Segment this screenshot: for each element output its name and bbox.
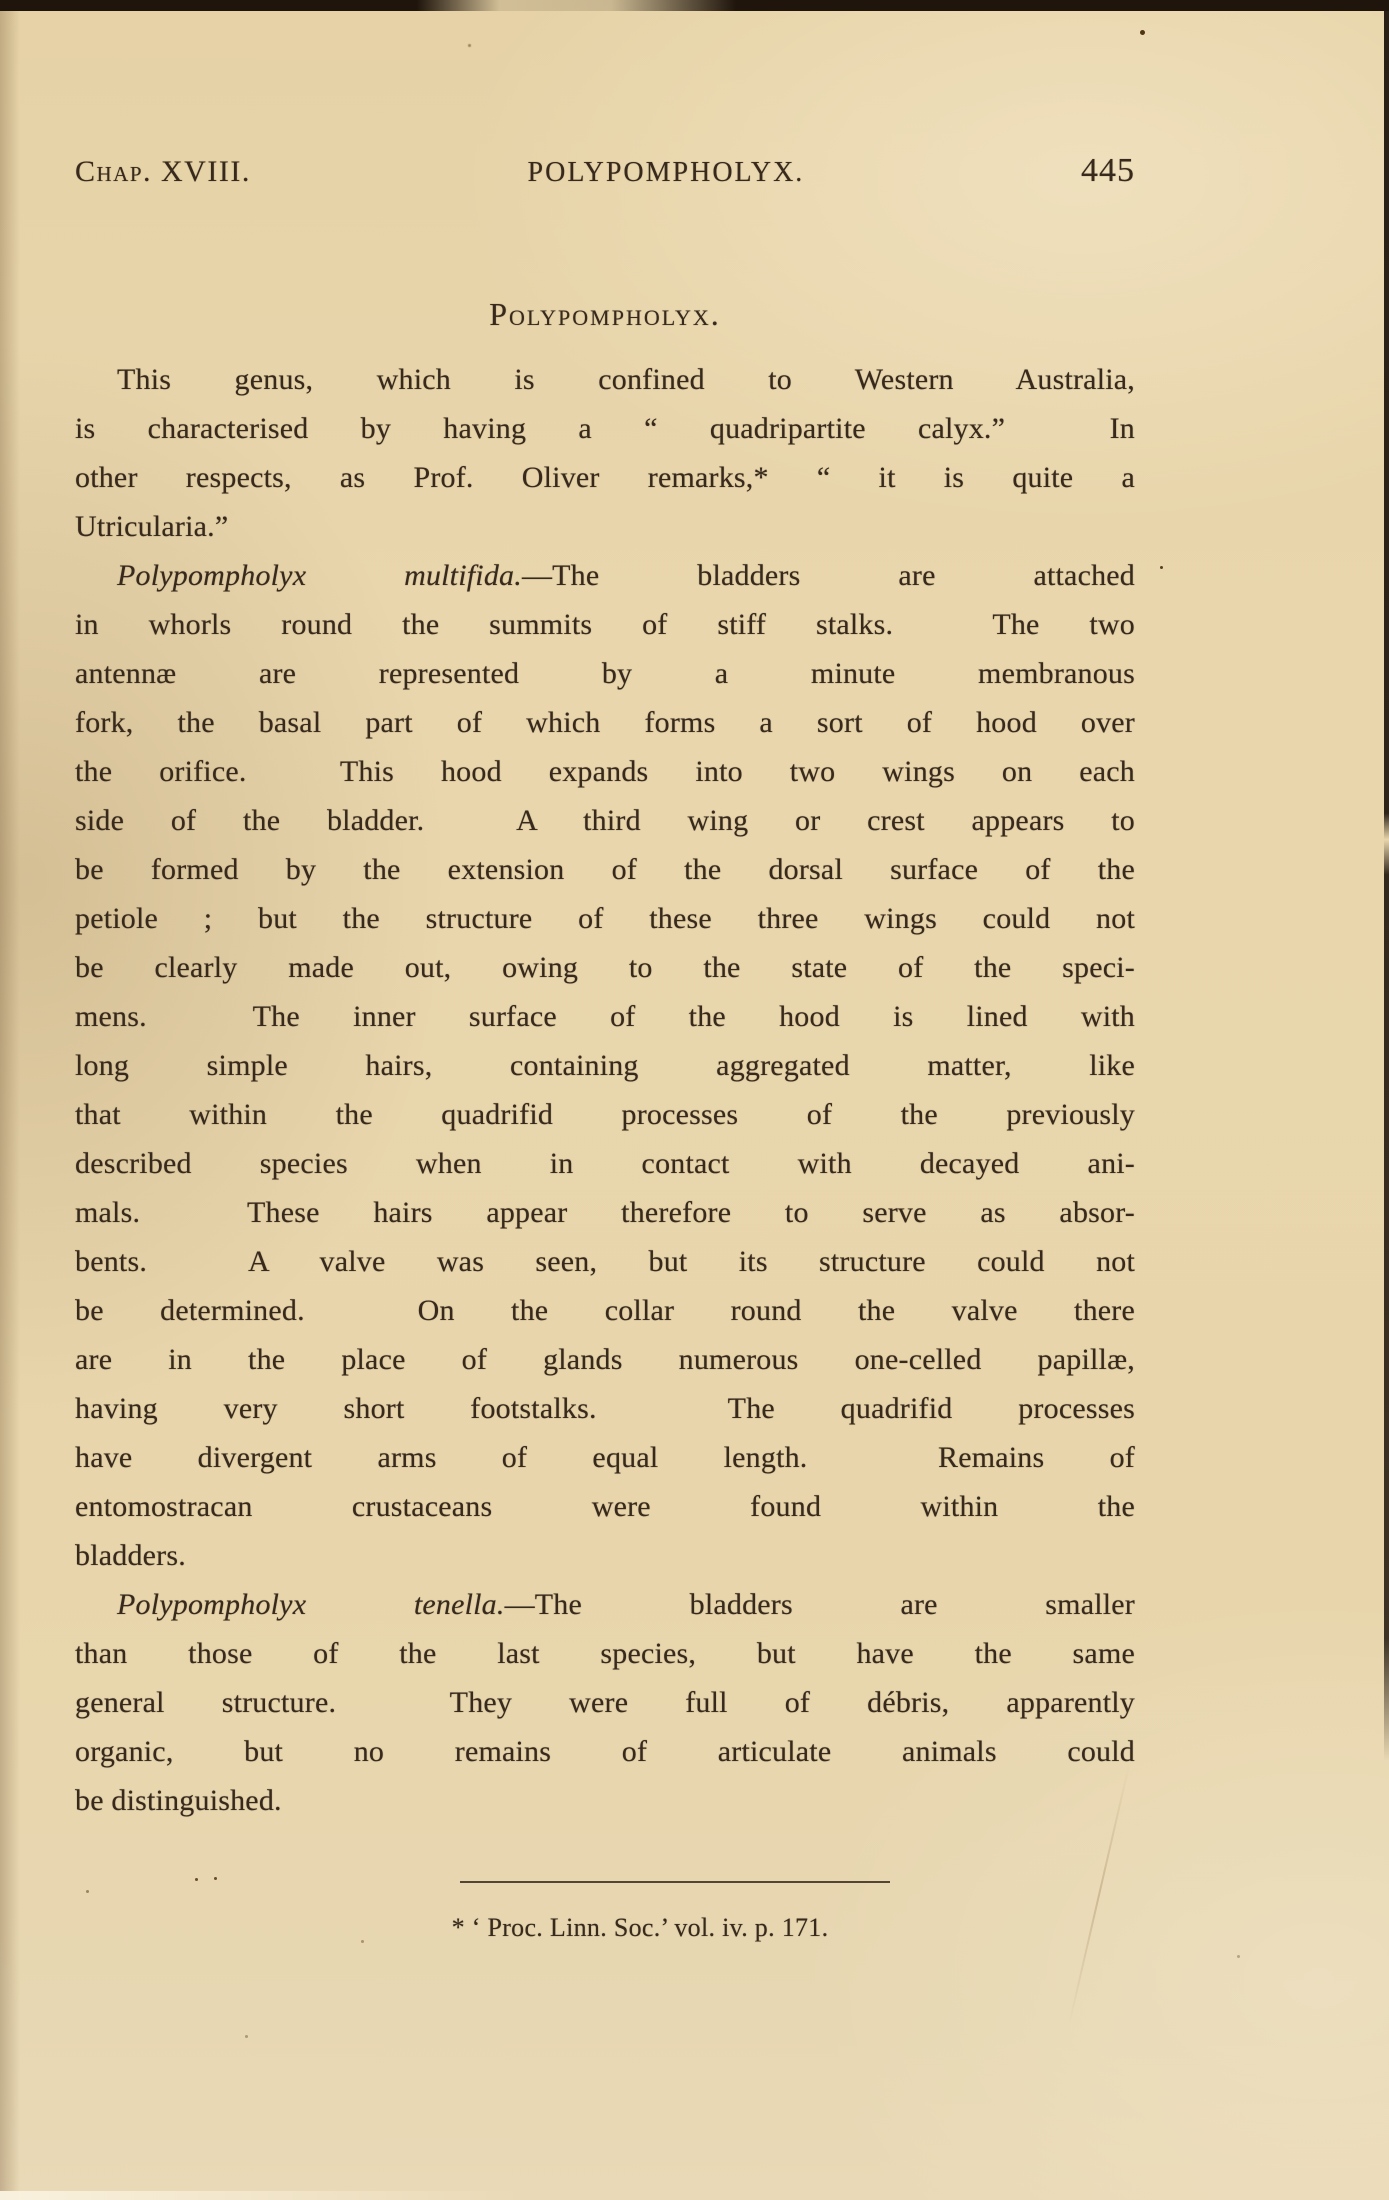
text-line: antennæ are represented by a minute memb… — [75, 649, 1135, 698]
text-line: the orifice. This hood expands into two … — [75, 747, 1135, 796]
footnote: * ‘ Proc. Linn. Soc.’ vol. iv. p. 171. — [400, 1913, 880, 1943]
section-heading: Polypompholyx. — [75, 293, 1135, 335]
text-line: be distinguished. — [75, 1776, 1135, 1825]
text-line: be clearly made out, owing to the state … — [75, 943, 1135, 992]
text-line: having very short footstalks. The quadri… — [75, 1384, 1135, 1433]
bottom-edge-light — [0, 2191, 520, 2200]
text-line: that within the quadrifid processes of t… — [75, 1090, 1135, 1139]
text-line: mens. The inner surface of the hood is l… — [75, 992, 1135, 1041]
text-line: be determined. On the collar round the v… — [75, 1286, 1135, 1335]
running-title: POLYPOMPHOLYX. — [528, 157, 805, 189]
text-line: long simple hairs, containing aggregated… — [75, 1041, 1135, 1090]
text-line: is characterised by having a “ quadripar… — [75, 404, 1135, 453]
text-line: other respects, as Prof. Oliver remarks,… — [75, 453, 1135, 502]
text-line: Utricularia.” — [75, 502, 1135, 551]
right-edge-shadow — [1384, 6, 1389, 1761]
text-line: bladders. — [75, 1531, 1135, 1580]
paragraph: Polypompholyx tenella.—The bladders are … — [75, 1580, 1135, 1825]
text-line: Polypompholyx multifida.—The bladders ar… — [75, 551, 1135, 600]
text-line: petiole ; but the structure of these thr… — [75, 894, 1135, 943]
text-line: mals. These hairs appear therefore to se… — [75, 1188, 1135, 1237]
text-line: than those of the last species, but have… — [75, 1629, 1135, 1678]
left-edge-shadow — [0, 0, 20, 2200]
text-block: Polypompholyx. This genus, which is conf… — [75, 293, 1135, 1943]
body-text: This genus, which is confined to Western… — [75, 355, 1135, 1825]
running-header: Chap. XVIII. POLYPOMPHOLYX. 445 — [75, 152, 1135, 190]
text-line: side of the bladder. A third wing or cre… — [75, 796, 1135, 845]
paragraph: Polypompholyx multifida.—The bladders ar… — [75, 551, 1135, 1580]
text-line: have divergent arms of equal length. Rem… — [75, 1433, 1135, 1482]
top-edge-shadow — [0, 0, 1389, 11]
footnote-rule — [460, 1881, 890, 1883]
text-line: in whorls round the summits of stiff sta… — [75, 600, 1135, 649]
page-number: 445 — [1081, 152, 1135, 190]
paragraph: This genus, which is confined to Western… — [75, 355, 1135, 551]
text-line: entomostracan crustaceans were found wit… — [75, 1482, 1135, 1531]
text-line: described species when in contact with d… — [75, 1139, 1135, 1188]
paper-specks — [0, 0, 3, 3]
page-scan: Chap. XVIII. POLYPOMPHOLYX. 445 Polypomp… — [0, 0, 1389, 2200]
text-line: be formed by the extension of the dorsal… — [75, 845, 1135, 894]
text-line: Polypompholyx tenella.—The bladders are … — [75, 1580, 1135, 1629]
text-line: fork, the basal part of which forms a so… — [75, 698, 1135, 747]
text-line: general structure. They were full of déb… — [75, 1678, 1135, 1727]
text-line: This genus, which is confined to Western… — [75, 355, 1135, 404]
text-line: organic, but no remains of articulate an… — [75, 1727, 1135, 1776]
text-line: are in the place of glands numerous one-… — [75, 1335, 1135, 1384]
text-line: bents. A valve was seen, but its structu… — [75, 1237, 1135, 1286]
chapter-label: Chap. XVIII. — [75, 155, 251, 189]
